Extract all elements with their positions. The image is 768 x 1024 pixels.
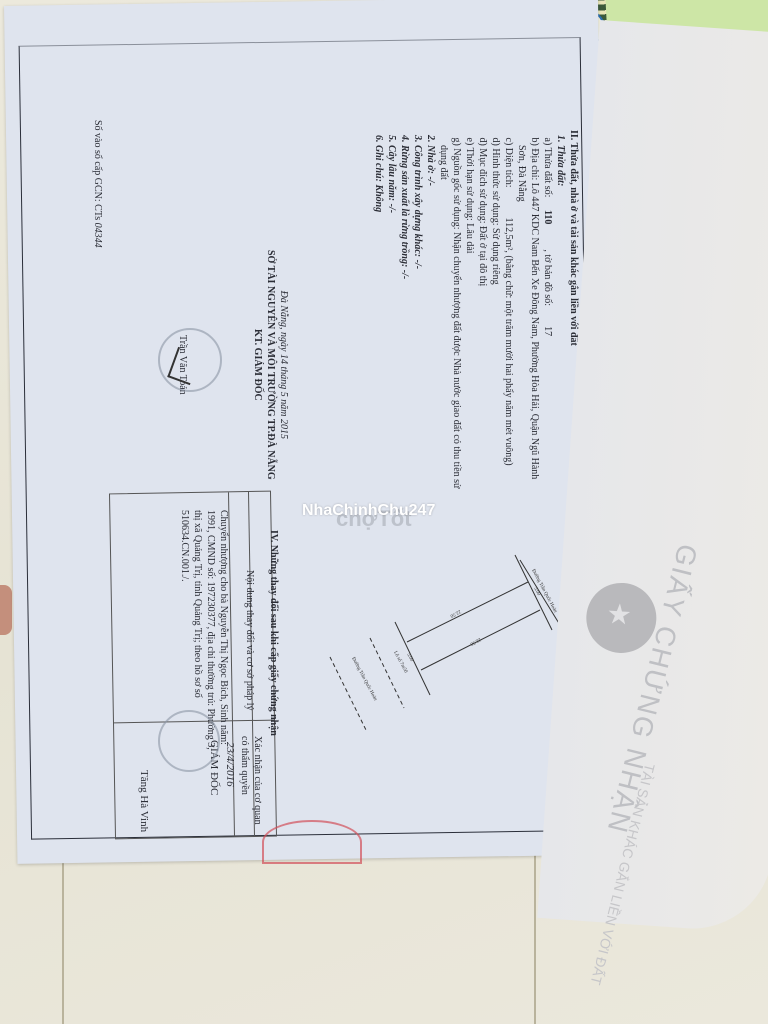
registration-label: Số vào sổ cấp GCN: CTs bbox=[92, 120, 103, 220]
parcel-subheading: 1. Thửa đất: bbox=[555, 135, 566, 186]
usage-form: d) Hình thức sử dụng: Sử dụng riêng bbox=[490, 138, 501, 285]
confirmation-column-header: Xác nhận của cơ quan có thẩm quyền bbox=[238, 736, 264, 826]
parcel-number: 110 bbox=[542, 210, 553, 224]
change-line-1: Chuyển nhượng cho bà Nguyễn Thị Ngọc Bíc… bbox=[217, 510, 230, 750]
length-left: 22.50 bbox=[449, 608, 462, 618]
registration-number: Số vào sổ cấp GCN: CTs 04344 bbox=[91, 120, 104, 248]
perennial-item: 5. Cây lâu năm: -/- bbox=[386, 135, 397, 213]
width-bottom: 5.00 bbox=[405, 653, 414, 664]
tile-grout bbox=[534, 830, 536, 1024]
usage-purpose: đ) Mục đích sử dụng: Đất ở tại đô thị bbox=[477, 138, 488, 287]
section-2-parcel-info: II. Thửa đất, nhà ở và tài sản khác gắn … bbox=[372, 130, 580, 488]
area-label: c) Diện tích: bbox=[503, 138, 514, 188]
confirmation-seal bbox=[158, 710, 220, 772]
section-2-heading: II. Thửa đất, nhà ở và tài sản khác gắn … bbox=[568, 130, 579, 346]
registration-handwritten: 04344 bbox=[92, 223, 103, 248]
issuing-agency: SỞ TÀI NGUYÊN VÀ MÔI TRƯỜNG TP.ĐÀ NẴNG bbox=[264, 250, 277, 480]
other-construction-item: 3. Công trình xây dựng khác: -/- bbox=[412, 135, 423, 269]
confirmation-date: 23/4/2016 bbox=[223, 742, 236, 787]
issue-date: Đà Nẵng, ngày 14 tháng 5 năm 2015 bbox=[277, 250, 290, 480]
map-sheet-number: 17 bbox=[542, 326, 553, 336]
road-label-bottom: Đường Trần Quốc Hoàn bbox=[350, 657, 377, 703]
usage-origin: g) Nguồn gốc sử dụng: Nhận chuyển nhượng… bbox=[451, 138, 462, 489]
signer-role: KT. GIÁM ĐỐC bbox=[251, 250, 264, 480]
usage-origin-cont: dụng đất bbox=[438, 145, 449, 180]
star-icon: ★ bbox=[605, 597, 632, 633]
house-item: 2. Nhà ở: -/- bbox=[425, 135, 436, 186]
usage-term: e) Thời hạn sử dụng: Lâu dài bbox=[464, 138, 475, 254]
address-city: Sơn, Đà Nẵng bbox=[516, 145, 527, 202]
confirmation-signer: Tăng Hà Vinh bbox=[137, 770, 150, 832]
address: b) Địa chỉ: Lô 447 KDC Nam Bến Xe Đông N… bbox=[529, 138, 540, 480]
site-watermark: NhaChinhChu247 bbox=[302, 502, 435, 520]
hand-finger bbox=[0, 585, 12, 635]
map-sheet-label: , tờ bản đồ số: bbox=[542, 249, 553, 306]
parcel-number-label: a) Thửa đất số: bbox=[542, 138, 553, 198]
note-item: 6. Ghi chú: Không bbox=[373, 135, 384, 212]
forest-item: 4. Rừng sản xuất là rừng trồng: -/- bbox=[399, 135, 410, 279]
section-4-heading: IV. Những thay đổi sau khi cấp giấy chứn… bbox=[267, 530, 280, 736]
change-line-2: 1991, CMND số: 197230377, địa chỉ thường… bbox=[204, 510, 217, 750]
parcel-diagram: Đường Trần Quốc Hoàn 5.00 22.50 22.50 5.… bbox=[320, 540, 580, 740]
area-value: 112,5m², (bằng chữ: một trăm mười hai ph… bbox=[503, 217, 514, 465]
red-seal bbox=[262, 820, 362, 864]
tile-grout bbox=[62, 860, 64, 1024]
changes-column-header: Nội dung thay đổi và cơ sở pháp lý bbox=[243, 570, 256, 711]
